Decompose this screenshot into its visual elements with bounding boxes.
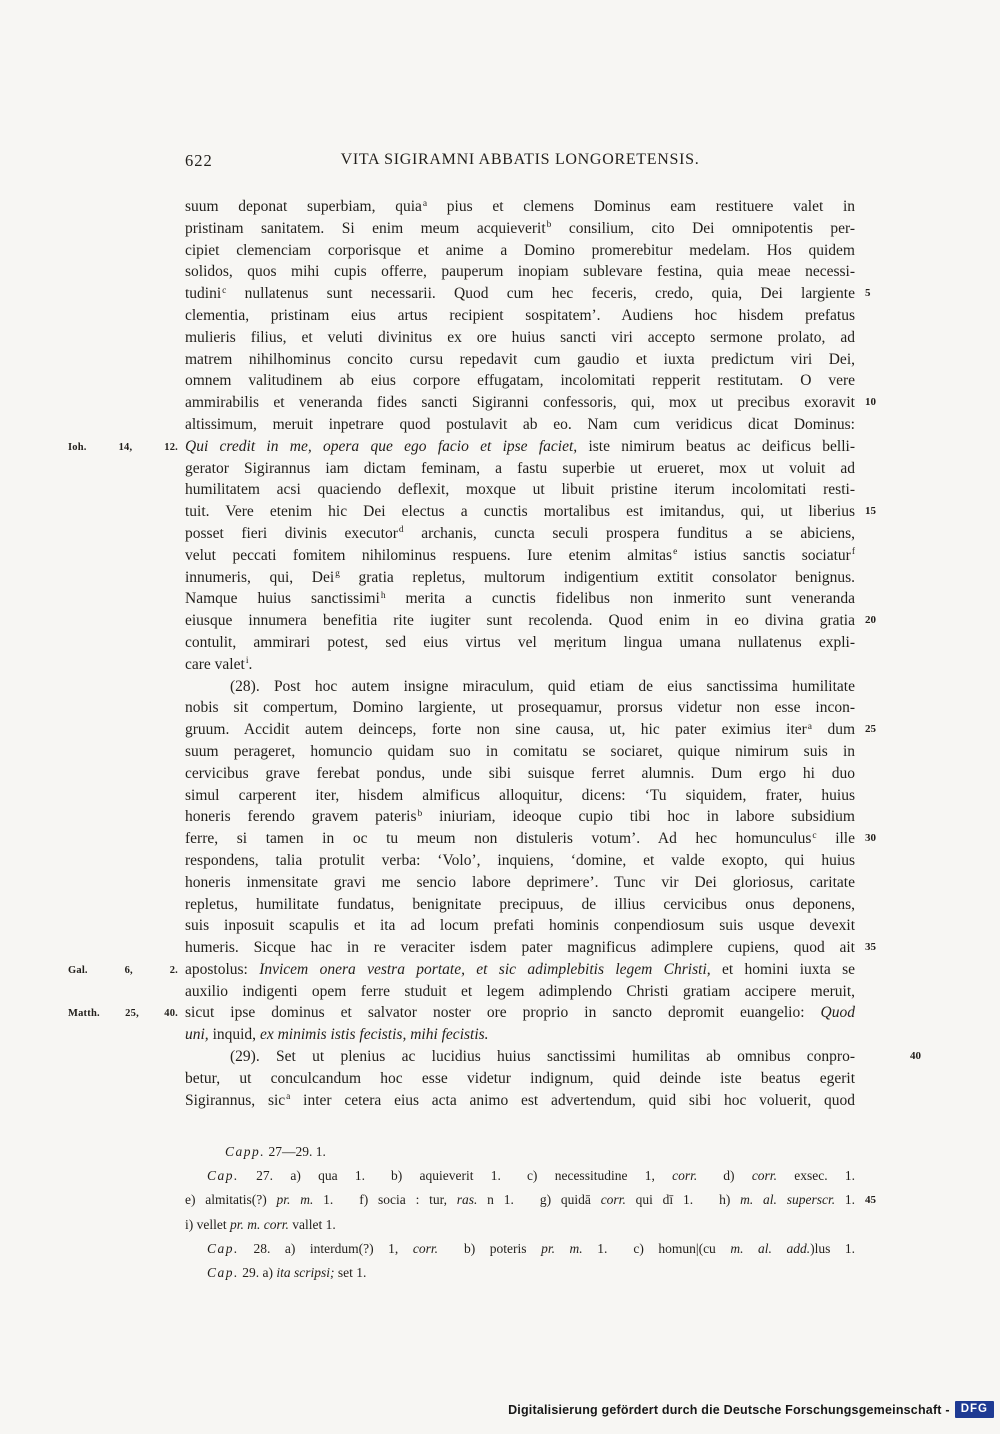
body-text-line: honeris inmensitate gravi me sencio labo… [185, 872, 855, 894]
footnote-marker: a [808, 722, 812, 732]
footnote-marker: c [812, 831, 816, 841]
text-run: (28). Post hoc autem insigne miraculum, … [230, 678, 855, 695]
body-text-line: altissimum, meruit inpetrare quod postul… [185, 414, 855, 436]
text-run: omnem valitudinem ab eius corpore effuga… [185, 372, 855, 389]
text-run: tudini [185, 285, 221, 302]
body-text-line: solidos, quos mihi cupis offerre, pauper… [185, 261, 855, 283]
line-number: 35 [865, 937, 876, 959]
body-text-line: contulit, ammirari potest, sed eius virt… [185, 632, 855, 654]
text-run: (29). Set ut plenius ac lucidius huius s… [230, 1048, 855, 1065]
text-run: innumeris, qui, Dei [185, 569, 334, 586]
body-text-line: clementia, pristinam eius artus recipien… [185, 305, 855, 327]
line-number: 45 [865, 1188, 876, 1212]
text-run: h) [719, 1192, 740, 1207]
body-text-line: gerator Sigirannus iam dictam feminam, a… [185, 458, 855, 480]
text-run: ex minimis istis fecistis, mihi fecistis… [260, 1026, 489, 1043]
body-text-line: gruum. Accidit autem deinceps, forte non… [185, 719, 855, 741]
body-text-line: suum perageret, homuncio quidam suo in c… [185, 741, 855, 763]
text-run: Cap. [207, 1265, 239, 1280]
text-run: n 1. [477, 1192, 513, 1207]
text-run: Cap. [207, 1168, 239, 1183]
body-text-line: Matth. 25, 40.sicut ipse dominus et salv… [185, 1002, 855, 1024]
text-run: 28. a) interdum(?) 1, [239, 1241, 413, 1256]
watermark-text: Digitalisierung gefördert durch die Deut… [508, 1403, 950, 1417]
body-text-line: innumeris, qui, Deig gratia repletus, mu… [185, 567, 855, 589]
text-run: Namque huius sanctissimi [185, 590, 380, 607]
apparatus-line: Capp. 27—29. 1. [185, 1140, 855, 1164]
body-text-line: mulieris filius, et veluti divinitus ex … [185, 327, 855, 349]
text-run: set 1. [335, 1265, 367, 1280]
text-run: 27—29. 1. [265, 1144, 326, 1159]
text-run: b) poteris [464, 1241, 541, 1256]
text-run: betur, ut conculcandum hoc esse videtur … [185, 1070, 855, 1087]
text-run: pristinam sanitatem. Si enim meum acquie… [185, 220, 546, 237]
text-run: Invicem onera vestra portate, et sic adi… [259, 961, 710, 978]
footnote-marker: b [418, 809, 423, 819]
body-text-line: matrem nihilhominus concito cursu repeda… [185, 349, 855, 371]
text-run: c) homun|(cu [633, 1241, 730, 1256]
body-text-line: (28). Post hoc autem insigne miraculum, … [185, 676, 855, 698]
text-run: exsec. 1. [777, 1168, 855, 1183]
text-run: corr. [672, 1168, 697, 1183]
body-text-line: nobis sit compertum, Domino largiente, u… [185, 697, 855, 719]
text-run: f) socia : tur, [359, 1192, 456, 1207]
text-run: pr. m. corr. [230, 1217, 289, 1232]
footnote-marker: b [547, 220, 552, 230]
body-text-line: Ioh. 14, 12.Qui credit in me, opera que … [185, 436, 855, 458]
text-run: istius sanctis sociatur [677, 547, 851, 564]
apparatus-line: Cap. 27. a) qua 1.b) aquieverit 1.c) nec… [185, 1164, 855, 1188]
text-run: humilitatem acsi quaciendo deflexit, mox… [185, 481, 855, 498]
text-run: tuit. Vere etenim hic Dei electus a cunc… [185, 503, 855, 520]
body-text-line: omnem valitudinem ab eius corpore effuga… [185, 370, 855, 392]
body-text-line: humeris. Sicque hac in re veraciter isde… [185, 937, 855, 959]
body-text-line: Sigirannus, sica inter cetera eius acta … [185, 1090, 855, 1112]
text-run: ille [817, 830, 855, 847]
text-run: suis inposuit scapulis et ita ad locum p… [185, 917, 855, 934]
text-run: merita a cunctis fidelibus non inmerito … [386, 590, 855, 607]
body-text-line: suis inposuit scapulis et ita ad locum p… [185, 915, 855, 937]
text-run: ras. [457, 1192, 478, 1207]
line-number: 10 [865, 392, 876, 414]
text-run: pr. m. [541, 1241, 583, 1256]
text-run: clementia, pristinam eius artus recipien… [185, 307, 855, 324]
text-run: honeris inmensitate gravi me sencio labo… [185, 874, 855, 891]
text-run: archanis, cuncta seculi prospera funditu… [404, 525, 855, 542]
text-run: m. al. superscr. [740, 1192, 835, 1207]
text-run: cervicibus grave ferebat pondus, unde si… [185, 765, 855, 782]
body-text-line: tudinic nullatenus sunt necessarii. Quod… [185, 283, 855, 305]
text-run: g) quidā [540, 1192, 601, 1207]
text-run: honeris ferendo gravem pateris [185, 808, 417, 825]
body-text-line: care valeti. [185, 654, 855, 676]
text-run: suum deponat superbiam, quia [185, 198, 422, 215]
text-run: inquid, [209, 1026, 260, 1043]
text-run: pius et clemens Dominus eam restituere v… [427, 198, 855, 215]
text-run: inter cetera eius acta animo est adverte… [290, 1092, 855, 1109]
footnote-marker: e [673, 547, 677, 557]
body-text-line: respondens, talia protulit verba: ‘Volo’… [185, 850, 855, 872]
text-run: Sigirannus, sic [185, 1092, 285, 1109]
text-run: Qui credit in me, opera que ego facio et… [185, 438, 577, 455]
body-text-line: eiusque innumera benefitia rite iugiter … [185, 610, 855, 632]
apparatus-line: i) vellet pr. m. corr. vallet 1. [185, 1213, 855, 1237]
text-run: d) [723, 1168, 752, 1183]
text-run: )lus 1. [810, 1241, 855, 1256]
text-run: sicut ipse dominus et salvator noster or… [185, 1004, 821, 1021]
line-number: 30 [865, 828, 876, 850]
body-text-line: uni, inquid, ex minimis istis fecistis, … [185, 1024, 855, 1046]
margin-scripture-ref: Ioh. 14, 12. [68, 437, 178, 459]
text-run: vallet 1. [289, 1217, 336, 1232]
text-run: mulieris filius, et veluti divinitus ex … [185, 329, 855, 346]
body-text-line: cipiet clemenciam corporisque et anime a… [185, 240, 855, 262]
body-text-line: betur, ut conculcandum hoc esse videtur … [185, 1068, 855, 1090]
text-run: ita scripsi; [276, 1265, 334, 1280]
body-text-line: honeris ferendo gravem paterisb iniuriam… [185, 806, 855, 828]
body-text-line: posset fieri divinis executord archanis,… [185, 523, 855, 545]
line-number: 20 [865, 610, 876, 632]
text-run: 27. a) qua 1. [239, 1168, 365, 1183]
text-run: 1. [583, 1241, 608, 1256]
body-text-line: Namque huius sanctissimih merita a cunct… [185, 588, 855, 610]
body-text-line: repletus, humilitate fundatus, benignita… [185, 894, 855, 916]
apparatus-line: e) almitatis(?) pr. m. 1.f) socia : tur,… [185, 1188, 855, 1212]
text-run: corr. [752, 1168, 777, 1183]
text-run: suum perageret, homuncio quidam suo in c… [185, 743, 855, 760]
text-run: auxilio indigenti opem ferre studuit et … [185, 983, 855, 1000]
text-run: humeris. Sicque hac in re veraciter isde… [185, 939, 855, 956]
text-run: . [248, 656, 252, 673]
line-number: 25 [865, 719, 876, 741]
footnote-marker: g [335, 569, 340, 579]
body-text-line: tuit. Vere etenim hic Dei electus a cunc… [185, 501, 855, 523]
text-run: velut peccati fomitem nihilominus respue… [185, 547, 672, 564]
text-run: repletus, humilitate fundatus, benignita… [185, 896, 855, 913]
text-run: e) almitatis(?) [185, 1192, 277, 1207]
line-number: 5 [865, 283, 871, 305]
text-run: consilium, cito Dei omnipotentis per- [551, 220, 855, 237]
running-title: VITA SIGIRAMNI ABBATIS LONGORETENSIS. [185, 151, 855, 169]
text-run: corr. [601, 1192, 626, 1207]
footnote-marker: a [423, 199, 427, 209]
text-run: iniuriam, ideoque cupio tibi hoc in labo… [422, 808, 855, 825]
text-run: nobis sit compertum, Domino largiente, u… [185, 699, 855, 716]
text-run: solidos, quos mihi cupis offerre, pauper… [185, 263, 855, 280]
text-run: 1. [313, 1192, 333, 1207]
text-run: gratia repletus, multorum indigentium ex… [340, 569, 855, 586]
text-run: m. al. add. [730, 1241, 810, 1256]
page-number: 622 [185, 151, 213, 171]
text-run: iste nimirum beatus ac deificus belli- [577, 438, 855, 455]
text-run: et homini iuxta se [711, 961, 855, 978]
text-run: b) aquieverit 1. [391, 1168, 501, 1183]
text-run: c) necessitudine 1, [527, 1168, 672, 1183]
text-run: ferre, si tamen in oc tu meum non distul… [185, 830, 811, 847]
body-text-line: auxilio indigenti opem ferre studuit et … [185, 981, 855, 1003]
footnote-marker: c [222, 286, 226, 296]
text-run: Capp. [225, 1144, 265, 1159]
text-run: respondens, talia protulit verba: ‘Volo’… [185, 852, 855, 869]
text-run: Quod [821, 1004, 855, 1021]
body-text-line: (29). Set ut plenius ac lucidius huius s… [185, 1046, 855, 1068]
footnote-marker: f [852, 547, 855, 557]
body-text-line: Gal. 6, 2.apostolus: Invicem onera vestr… [185, 959, 855, 981]
body-text-line: suum deponat superbiam, quiaa pius et cl… [185, 196, 855, 218]
text-run: simul carperent iter, hisdem almificus a… [185, 787, 855, 804]
body-text-line: velut peccati fomitem nihilominus respue… [185, 545, 855, 567]
body-text-line: humilitatem acsi quaciendo deflexit, mox… [185, 479, 855, 501]
text-run: nullatenus sunt necessarii. Quod cum hec… [226, 285, 855, 302]
dfg-watermark: Digitalisierung gefördert durch die Deut… [508, 1401, 994, 1418]
text-run: pr. m. [277, 1192, 314, 1207]
text-run: 29. a) [239, 1265, 277, 1280]
body-text-line: ammirabilis et veneranda fides sancti Si… [185, 392, 855, 414]
line-number: 40 [865, 1046, 921, 1068]
text-run: care valet [185, 656, 245, 673]
footnote-marker: h [381, 591, 386, 601]
text-run: apostolus: [185, 961, 259, 978]
dfg-logo: DFG [955, 1401, 994, 1418]
text-run: i) vellet [185, 1217, 230, 1232]
page-header: 622 VITA SIGIRAMNI ABBATIS LONGORETENSIS… [185, 151, 855, 173]
body-text-line: simul carperent iter, hisdem almificus a… [185, 785, 855, 807]
body-text-line: cervicibus grave ferebat pondus, unde si… [185, 763, 855, 785]
margin-scripture-ref: Gal. 6, 2. [68, 960, 178, 982]
margin-scripture-ref: Matth. 25, 40. [68, 1003, 178, 1025]
text-run: eiusque innumera benefitia rite iugiter … [185, 612, 855, 629]
scanned-book-page: 622 VITA SIGIRAMNI ABBATIS LONGORETENSIS… [0, 0, 1000, 1434]
apparatus-line: Cap. 28. a) interdum(?) 1, corr.b) poter… [185, 1237, 855, 1261]
text-run: contulit, ammirari potest, sed eius virt… [185, 634, 855, 651]
text-run: altissimum, meruit inpetrare quod postul… [185, 416, 855, 433]
text-run: Cap. [207, 1241, 239, 1256]
text-run: posset fieri divinis executor [185, 525, 398, 542]
body-text: suum deponat superbiam, quiaa pius et cl… [185, 196, 855, 1111]
footnote-marker: a [286, 1092, 290, 1102]
text-run: ammirabilis et veneranda fides sancti Si… [185, 394, 855, 411]
text-run: dum [812, 721, 855, 738]
text-run: qui dī 1. [626, 1192, 693, 1207]
line-number: 15 [865, 501, 876, 523]
text-run: uni, [185, 1026, 209, 1043]
text-run: matrem nihilhominus concito cursu repeda… [185, 351, 855, 368]
text-run: cipiet clemenciam corporisque et anime a… [185, 242, 855, 259]
critical-apparatus: Capp. 27—29. 1.Cap. 27. a) qua 1.b) aqui… [185, 1140, 855, 1285]
body-text-line: ferre, si tamen in oc tu meum non distul… [185, 828, 855, 850]
footnote-marker: d [399, 525, 404, 535]
text-run: gerator Sigirannus iam dictam feminam, a… [185, 460, 855, 477]
body-text-line: pristinam sanitatem. Si enim meum acquie… [185, 218, 855, 240]
text-run: gruum. Accidit autem deinceps, forte non… [185, 721, 807, 738]
text-run: 1. [835, 1192, 855, 1207]
apparatus-line: Cap. 29. a) ita scripsi; set 1. [185, 1261, 855, 1285]
text-run: corr. [413, 1241, 438, 1256]
